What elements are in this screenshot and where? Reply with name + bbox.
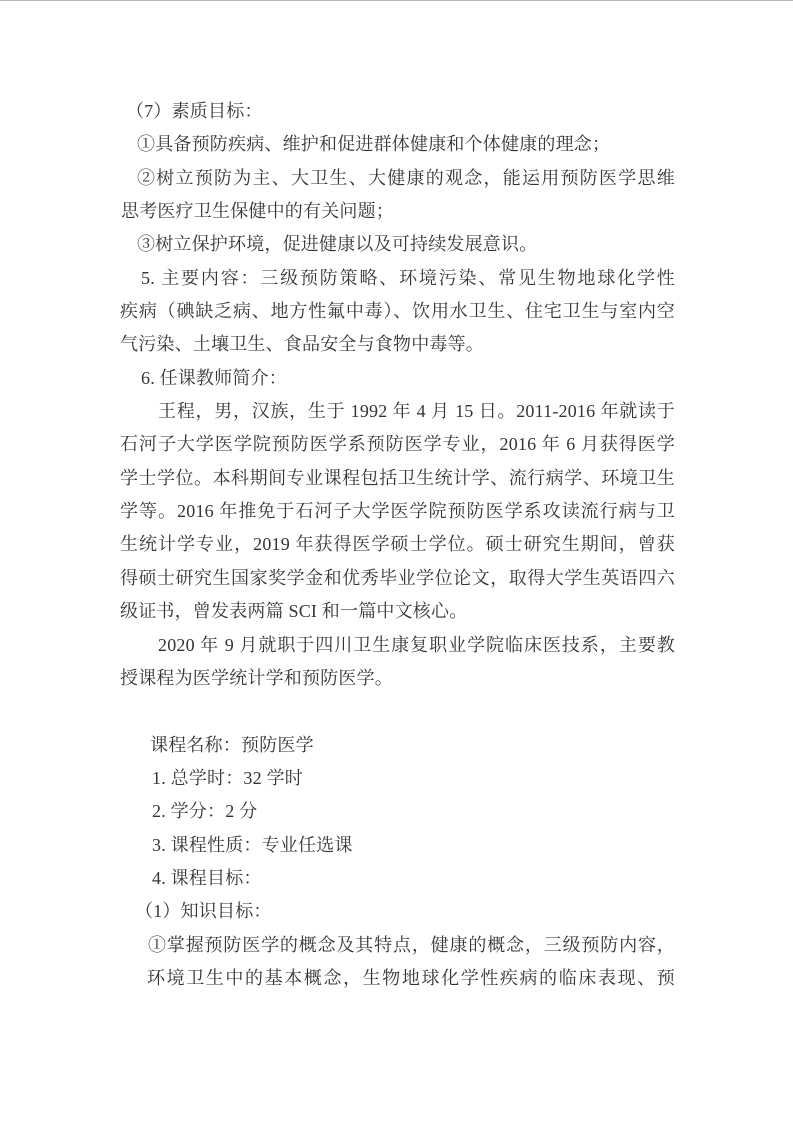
document-page: （7）素质目标：①具备预防疾病、维护和促进群体健康和个体健康的理念；②树立预防为… <box>0 0 793 1122</box>
text-line: ③树立保护环境，促进健康以及可持续发展意识。 <box>120 228 675 261</box>
text-line: ②树立预防为主、大卫生、大健康的观念，能运用预防医学思维 <box>120 162 675 195</box>
blank-line <box>120 695 675 728</box>
text-line: 2. 学分：2 分 <box>120 795 675 828</box>
text-line: 生统计学专业，2019 年获得医学硕士学位。硕士研究生期间，曾获 <box>120 528 675 561</box>
text-line: 疾病（碘缺乏病、地方性氟中毒）、饮用水卫生、住宅卫生与室内空 <box>120 295 675 328</box>
text-line: 思考医疗卫生保健中的有关问题； <box>120 195 675 228</box>
text-line: 学士学位。本科期间专业课程包括卫生统计学、流行病学、环境卫生 <box>120 462 675 495</box>
text-line: 王程，男，汉族，生于 1992 年 4 月 15 日。2011-2016 年就读… <box>120 395 675 428</box>
text-line: 4. 课程目标： <box>120 862 675 895</box>
text-block: （7）素质目标：①具备预防疾病、维护和促进群体健康和个体健康的理念；②树立预防为… <box>120 95 675 995</box>
text-line: ①掌握预防医学的概念及其特点，健康的概念，三级预防内容， <box>120 929 675 962</box>
text-line: 授课程为医学统计学和预防医学。 <box>120 662 675 695</box>
text-line: 气污染、土壤卫生、食品安全与食物中毒等。 <box>120 328 675 361</box>
text-line: 石河子大学医学院预防医学系预防医学专业，2016 年 6 月获得医学 <box>120 428 675 461</box>
text-line: 级证书，曾发表两篇 SCI 和一篇中文核心。 <box>120 595 675 628</box>
text-line: 3. 课程性质：专业任选课 <box>120 829 675 862</box>
text-line: 环境卫生中的基本概念，生物地球化学性疾病的临床表现、预 <box>120 962 675 995</box>
text-line: 5. 主要内容：三级预防策略、环境污染、常见生物地球化学性 <box>120 262 675 295</box>
text-line: ①具备预防疾病、维护和促进群体健康和个体健康的理念； <box>120 128 675 161</box>
text-line: 课程名称：预防医学 <box>120 729 675 762</box>
text-line: （1）知识目标： <box>120 895 675 928</box>
text-line: （7）素质目标： <box>120 95 675 128</box>
text-line: 6. 任课教师简介： <box>120 362 675 395</box>
text-line: 1. 总学时：32 学时 <box>120 762 675 795</box>
text-line: 得硕士研究生国家奖学金和优秀毕业学位论文，取得大学生英语四六 <box>120 562 675 595</box>
text-line: 学等。2016 年推免于石河子大学医学院预防医学系攻读流行病与卫 <box>120 495 675 528</box>
text-line: 2020 年 9 月就职于四川卫生康复职业学院临床医技系，主要教 <box>120 629 675 662</box>
